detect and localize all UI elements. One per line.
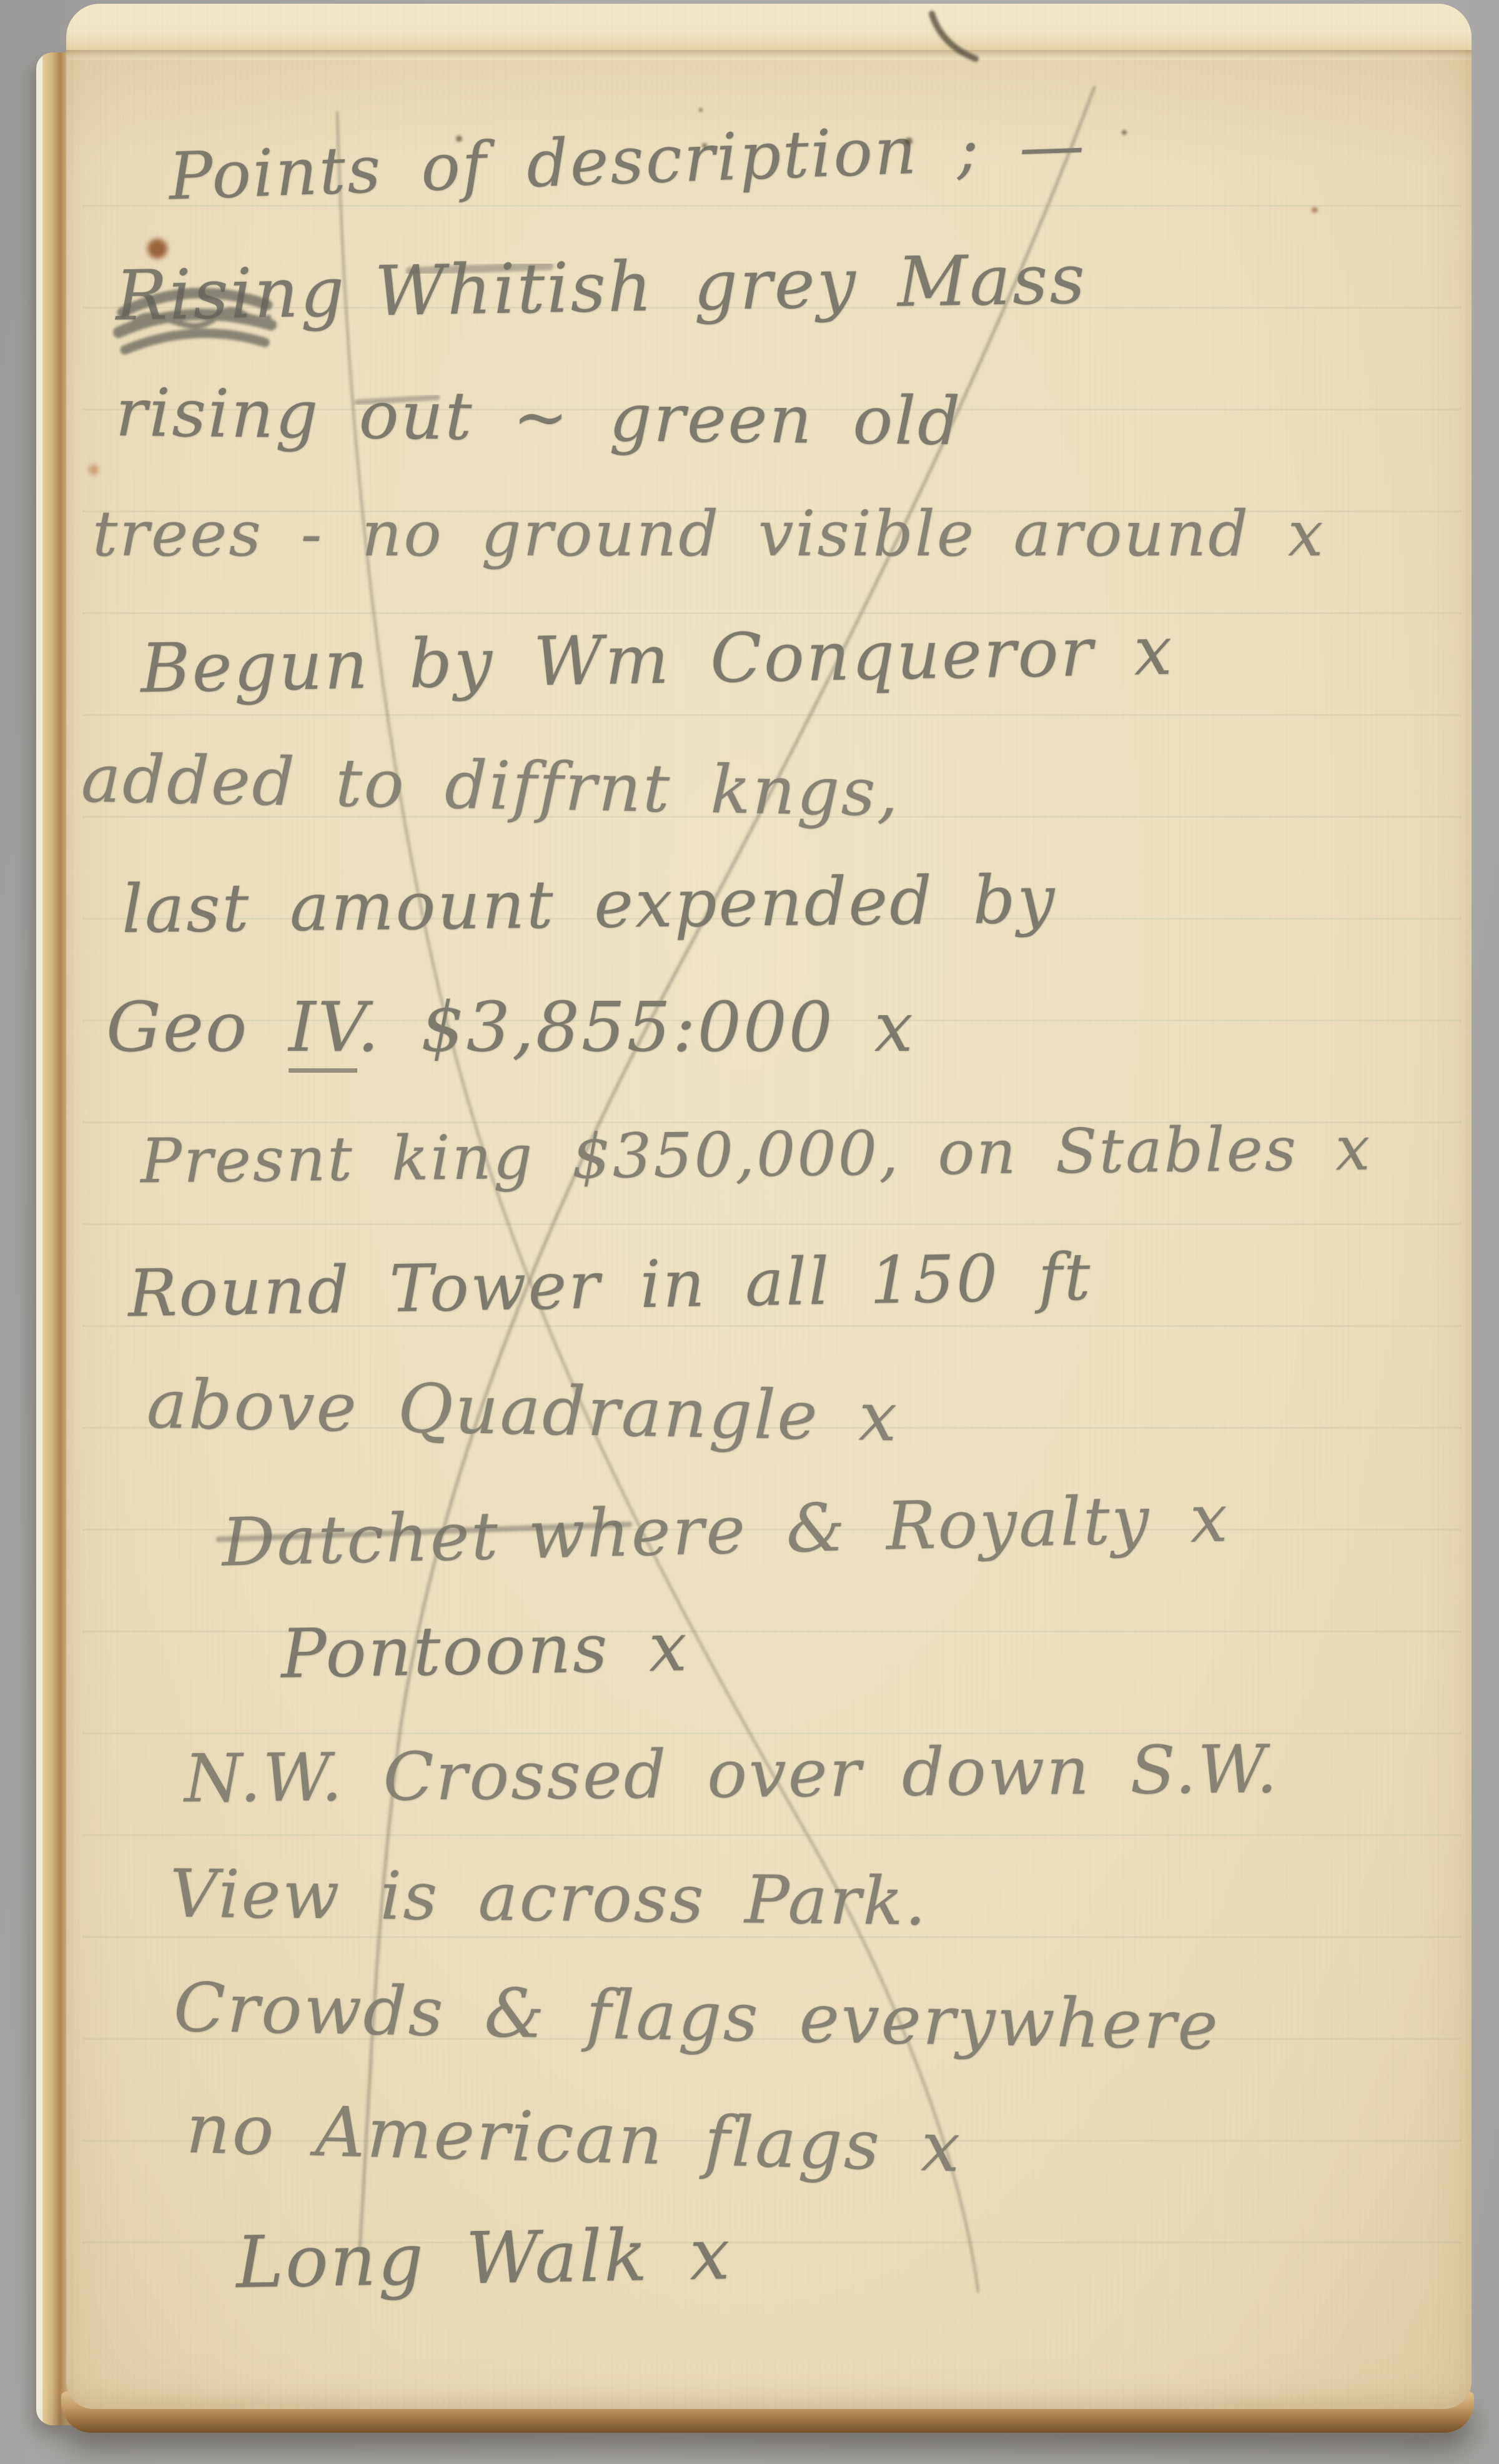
handwriting-line: Points of description ; — [167, 106, 1087, 214]
handwriting-line: Round Tower in all 150 ft [127, 1239, 1092, 1332]
handwriting-line: rising out ~ green old [115, 374, 962, 460]
handwriting-line: Presnt king $350,000, on Stables x [140, 1113, 1372, 1198]
struck-word-rising: Rising [115, 252, 347, 335]
handwriting-line: Crowds & flags everywhere [173, 1969, 1220, 2065]
handwriting-line: RisingWhitish grey Mass [115, 239, 1087, 335]
handwriting-line: Datchetwhere & Royalty x [221, 1479, 1230, 1581]
scene: { "document": { "kind": "handwritten-not… [0, 0, 1499, 2464]
line-text: where & Royalty x [527, 1479, 1230, 1573]
handwriting-line: no American flags x [186, 2089, 963, 2187]
handwriting-line: added to diffrnt kngs, [81, 740, 901, 832]
handwriting-line: Pontoons x [280, 1608, 690, 1693]
handwriting-line: trees - no ground visible around x [92, 497, 1325, 570]
handwriting-line: Geo IV. $3,855:000 x [106, 987, 915, 1067]
struck-word-datchet: Datchet [221, 1498, 501, 1581]
line-text: . $3,855:000 x [357, 987, 915, 1067]
handwriting-layer: Points of description ; — RisingWhitish … [0, 0, 1499, 2464]
handwriting-line: View is across Park. [169, 1855, 928, 1940]
underlined-numeral: IV [289, 987, 357, 1073]
handwriting-line: above Quadrangle x [146, 1366, 899, 1457]
line-text: Geo [106, 987, 289, 1067]
line-text: Whitish grey Mass [374, 239, 1087, 331]
handwriting-line: last amount expended by [121, 861, 1057, 948]
handwriting-line: Long Walk x [235, 2212, 732, 2304]
handwriting-line: Begun by Wm Conqueror x [140, 612, 1174, 708]
handwriting-line: N.W. Crossed over down S.W. [184, 1731, 1279, 1817]
